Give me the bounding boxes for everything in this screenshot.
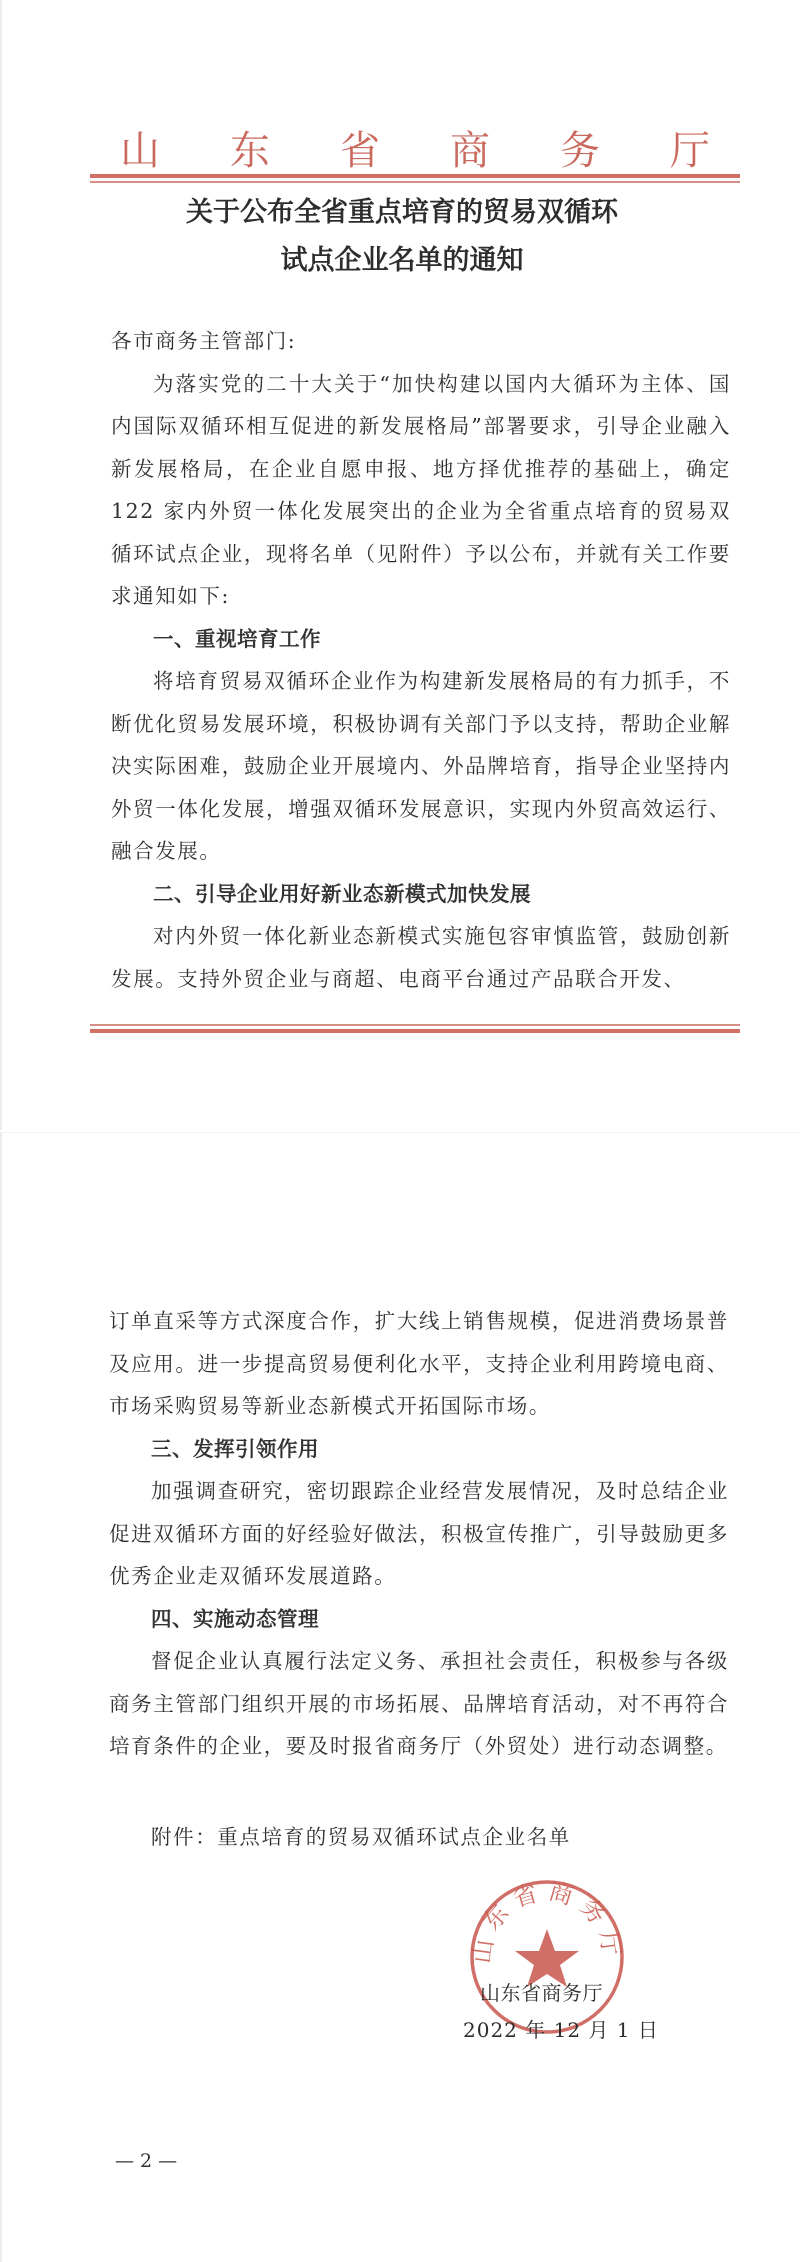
masthead-rule-thin (90, 181, 740, 183)
section-heading-3: 三、发挥引领作用 (109, 1428, 729, 1471)
intro-paragraph: 为落实党的二十大关于“加快构建以国内大循环为主体、国内国际双循环相互促进的新发展… (111, 363, 731, 618)
official-seal-icon: 山东省商务厅 (467, 1877, 627, 2037)
signing-authority: 山东省商务厅 (480, 1977, 603, 2006)
section-heading-1: 一、重视培育工作 (111, 618, 731, 661)
masthead-rule-thick (90, 174, 740, 178)
salutation: 各市商务主管部门: (111, 320, 731, 363)
document-title-line-1: 关于公布全省重点培育的贸易双循环 (2, 192, 800, 234)
section-body-1: 将培育贸易双循环企业作为构建新发展格局的有力抓手，不断优化贸易发展环境，积极协调… (111, 660, 731, 873)
section-body-3: 加强调查研究，密切跟踪企业经营发展情况，及时总结企业促进双循环方面的好经验好做法… (109, 1470, 729, 1598)
section-body-2-part-2: 订单直采等方式深度合作，扩大线上销售规模，促进消费场景普及应用。进一步提高贸易便… (109, 1300, 729, 1428)
document-title-line-2: 试点企业名单的通知 (2, 240, 800, 282)
document-page-1: 山 东 省 商 务 厅 关于公布全省重点培育的贸易双循环 试点企业名单的通知 各… (0, 0, 800, 1130)
document-body-page-2: 订单直采等方式深度合作，扩大线上销售规模，促进消费场景普及应用。进一步提高贸易便… (109, 1300, 729, 1768)
masthead-char: 厅 (670, 119, 710, 176)
signing-date: 2022 年 12 月 1 日 (463, 2014, 659, 2043)
masthead-char: 省 (340, 119, 380, 176)
document-body-page-1: 各市商务主管部门: 为落实党的二十大关于“加快构建以国内大循环为主体、国内国际双… (111, 320, 731, 1000)
masthead-char: 商 (450, 119, 490, 176)
masthead-char: 务 (560, 119, 600, 176)
section-heading-4: 四、实施动态管理 (109, 1598, 729, 1641)
attachment-note: 附件：重点培育的贸易双循环试点企业名单 (151, 1820, 571, 1850)
section-body-4: 督促企业认真履行法定义务、承担社会责任，积极参与各级商务主管部门组织开展的市场拓… (109, 1640, 729, 1768)
section-body-2-part-1: 对内外贸一体化新业态新模式实施包容审慎监管，鼓励创新发展。支持外贸企业与商超、电… (111, 915, 731, 1000)
masthead-char: 山 (120, 119, 160, 176)
masthead-title: 山 东 省 商 务 厅 (90, 122, 740, 172)
footer-rule-thin (90, 1024, 740, 1026)
section-heading-2: 二、引导企业用好新业态新模式加快发展 (111, 873, 731, 916)
footer-rule-thick (90, 1029, 740, 1033)
page-number: — 2 — (115, 2150, 177, 2172)
masthead-char: 东 (230, 119, 270, 176)
